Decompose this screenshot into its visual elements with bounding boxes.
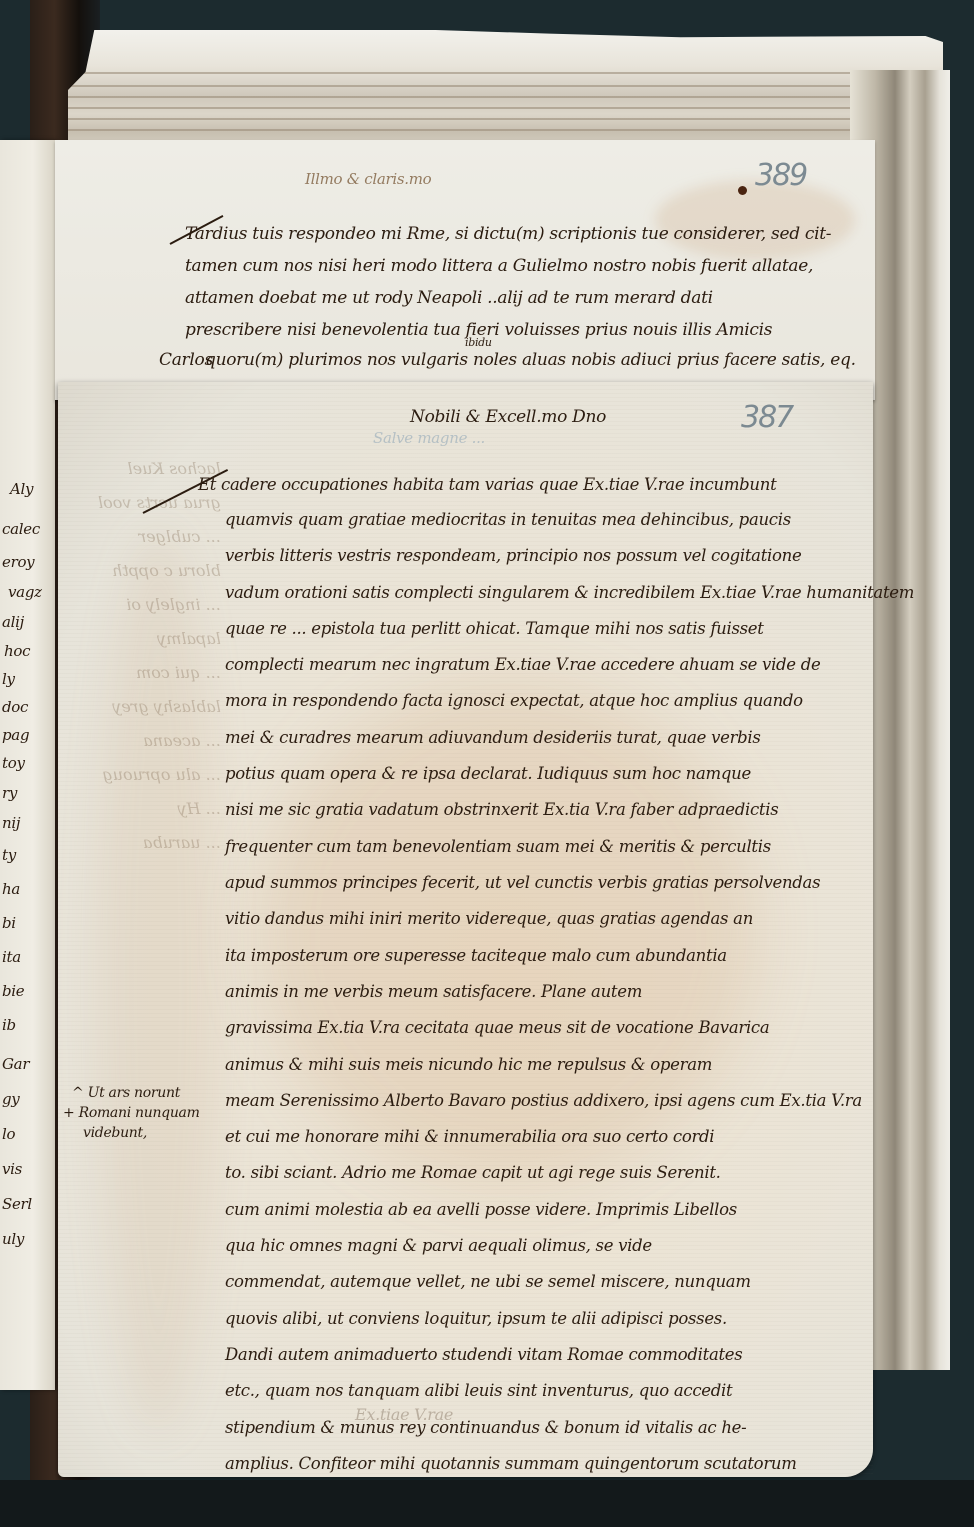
left-page-fragment: ly	[2, 670, 15, 688]
text-line: cum animi molestia ab ea avelli posse vi…	[225, 1200, 737, 1219]
text-line: etc., quam nos tanquam alibi leuis sint …	[225, 1381, 732, 1400]
folio-number-389: 389	[755, 158, 806, 193]
left-page-fragment: bi	[2, 914, 16, 932]
marginal-note-line: ^ Ut ars norunt	[72, 1085, 180, 1101]
text-line: stipendium & munus rey continuandus & bo…	[225, 1418, 746, 1437]
left-page-fragment: ty	[2, 846, 16, 864]
left-page-fragment: ha	[2, 880, 20, 898]
text-line: frequenter cum tam benevolentiam suam me…	[225, 837, 771, 856]
bleed-through-text: lachos Kuelgrua ucrts vool... cublgerblo…	[98, 452, 221, 860]
left-page-fragment: pag	[2, 726, 29, 744]
text-line: meam Serenissimo Alberto Bavaro postius …	[225, 1091, 862, 1110]
text-line: vitio dandus mihi iniri merito videreque…	[225, 909, 753, 928]
left-page-fragment: hoc	[4, 642, 30, 660]
left-page-fragment: nij	[2, 814, 20, 832]
text-line: complecti mearum nec ingratum Ex.tiae V.…	[225, 655, 820, 674]
text-line: apud summos principes fecerit, ut vel cu…	[225, 873, 820, 892]
text-line: vadum orationi satis complecti singulare…	[225, 583, 914, 602]
left-page-fragment: Gar	[2, 1055, 29, 1073]
folio-number-387: 387	[741, 400, 792, 435]
left-page-fragment: alij	[2, 613, 24, 631]
left-page-text: Aly calec eroy vagz alij hoc ly doc pag …	[0, 470, 55, 1370]
text-line: quamvis quam gratiae mediocritas in tenu…	[225, 510, 791, 529]
left-page-fragment: eroy	[2, 553, 34, 571]
left-page-fragment: Serl	[2, 1195, 32, 1213]
left-page-fragment: vis	[2, 1160, 22, 1178]
upper-sheet-heading: Illmo & claris.mo	[305, 170, 431, 188]
text-line: animus & mihi suis meis nicundo hic me r…	[225, 1055, 712, 1074]
ink-blot	[738, 186, 747, 195]
text-line: gravissima Ex.tia V.ra cecitata quae meu…	[225, 1018, 769, 1037]
upper-line-3: attamen doebat me ut rody Neapoli ..alij…	[185, 288, 713, 308]
page-stack-top-edge	[68, 30, 943, 150]
interlinear-note: ibidu	[465, 336, 492, 349]
text-line: qua hic omnes magni & parvi aequali olim…	[225, 1236, 652, 1255]
main-sheet-folio-387: lachos Kuelgrua ucrts vool... cublgerblo…	[58, 382, 873, 1477]
left-page-fragment: ita	[2, 948, 21, 966]
left-page-fragment: calec	[2, 520, 40, 538]
text-line: potius quam opera & re ipsa declarat. Iu…	[225, 764, 751, 783]
text-line: mora in respondendo facta ignosci expect…	[225, 691, 803, 710]
text-line: quae re ... epistola tua perlitt ohicat.…	[225, 619, 764, 638]
faint-signature: Ex.tiae V.rae	[355, 1405, 453, 1424]
left-page-fragment: vagz	[8, 583, 42, 601]
upper-sheet-folio-389: Illmo & claris.mo 389 Tardius tuis respo…	[55, 140, 875, 400]
text-line: animis in me verbis meum satisfacere. Pl…	[225, 982, 642, 1001]
marginal-note-line: + Romani nunquam	[63, 1105, 200, 1121]
faint-pencil-heading: Salve magne ...	[373, 429, 485, 447]
text-line: Et cadere occupationes habita tam varias…	[198, 475, 776, 494]
background-shadow	[0, 1480, 974, 1527]
left-page-fragment: Aly	[10, 480, 33, 498]
left-page-fragment: lo	[2, 1125, 15, 1143]
left-page-fragment: gy	[2, 1090, 19, 1108]
left-page-fragment: uly	[2, 1230, 24, 1248]
text-line: to. sibi sciant. Adrio me Romae capit ut…	[225, 1163, 721, 1182]
text-line: amplius. Confiteor mihi quotannis summam…	[225, 1454, 797, 1473]
upper-line-5: quoru(m) plurimos nos vulgaris noles alu…	[205, 350, 856, 370]
left-page-fragment: ib	[2, 1016, 16, 1034]
text-line: mei & curadres mearum adiuvandum desider…	[225, 728, 761, 747]
left-page-fragment: bie	[2, 982, 24, 1000]
main-sheet-heading: Nobili & Excell.mo Dno	[410, 407, 606, 427]
marginal-note-line: videbunt,	[83, 1125, 147, 1141]
left-page-fragment: ry	[2, 784, 17, 802]
upper-line-1: Tardius tuis respondeo mi Rme, si dictu(…	[185, 224, 831, 244]
text-line: et cui me honorare mihi & innumerabilia …	[225, 1127, 714, 1146]
left-page-fragment: doc	[2, 698, 28, 716]
text-line: Dandi autem animaduerto studendi vitam R…	[225, 1345, 742, 1364]
text-line: quovis alibi, ut conviens loquitur, ipsu…	[225, 1309, 727, 1328]
text-line: nisi me sic gratia vadatum obstrinxerit …	[225, 800, 778, 819]
text-line: verbis litteris vestris respondeam, prin…	[225, 546, 801, 565]
upper-line-2: tamen cum nos nisi heri modo littera a G…	[185, 256, 813, 276]
text-line: ita imposterum ore superesse taciteque m…	[225, 946, 727, 965]
text-line: commendat, autemque vellet, ne ubi se se…	[225, 1272, 751, 1291]
left-page-fragment: toy	[2, 754, 25, 772]
